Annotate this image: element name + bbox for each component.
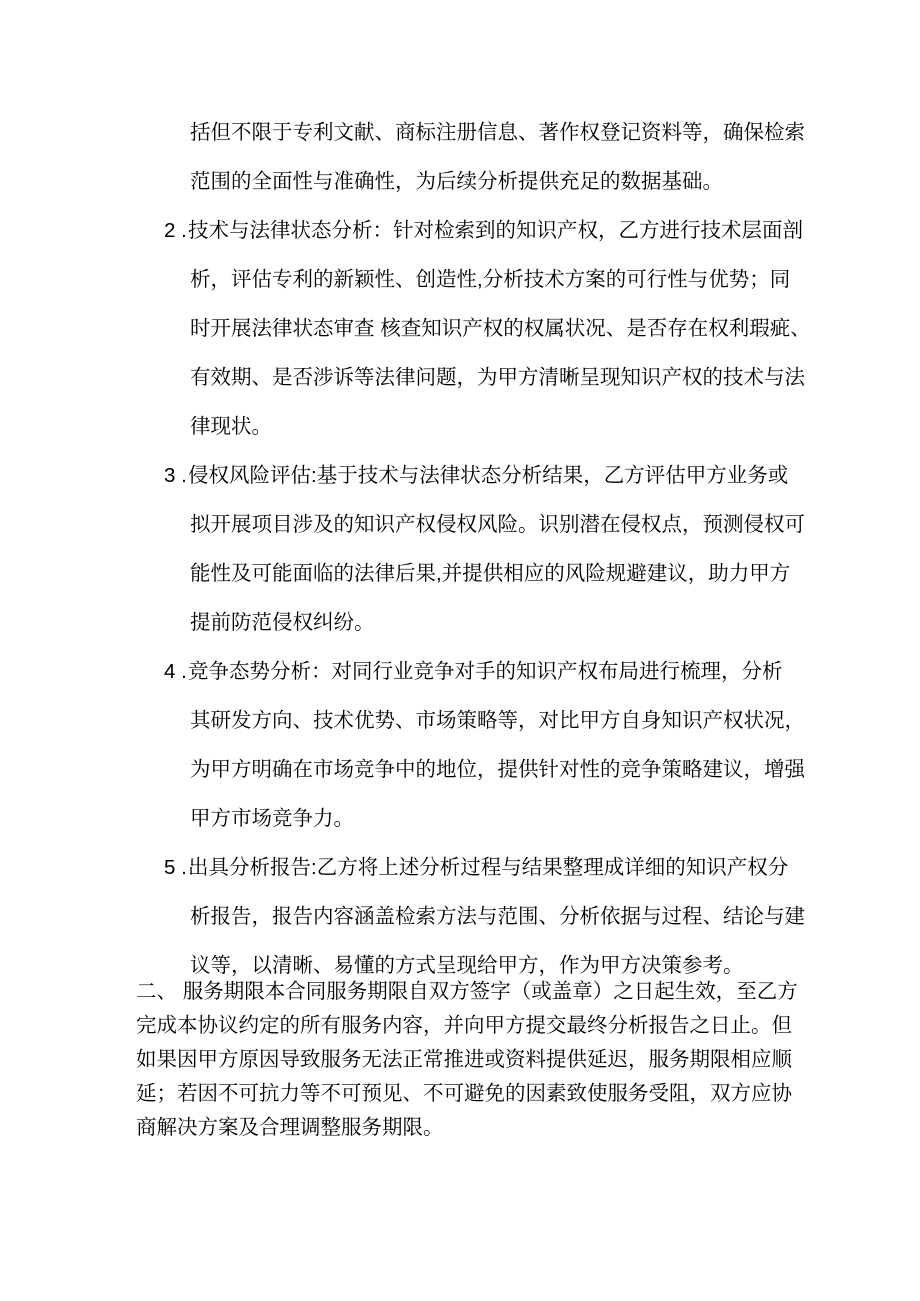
list-item-number: 2 . — [164, 206, 188, 255]
list-item: 2 .技术与法律状态分析：针对检索到的知识产权，乙方进行技术层面剖析，评估专利的… — [0, 206, 920, 451]
text-line: 4 .竞争态势分析：对同行业竞争对手的知识产权布局进行梳理，分析 — [0, 647, 920, 696]
text-line: 2 .技术与法律状态分析：针对检索到的知识产权，乙方进行技术层面剖 — [0, 206, 920, 255]
text-line: 提前防范侵权纠纷。 — [0, 598, 920, 647]
list-item: 5 .出具分析报告:乙方将上述分析过程与结果整理成详细的知识产权分析报告，报告内… — [0, 843, 920, 990]
list-item: 3 .侵权风险评估:基于技术与法律状态分析结果，乙方评估甲方业务或拟开展项目涉及… — [0, 451, 920, 647]
text-line: 拟开展项目涉及的知识产权侵权风险。识别潜在侵权点，预测侵权可 — [0, 500, 920, 549]
text-line: 商解决方案及合理调整服务期限。 — [0, 1111, 920, 1145]
text-line: 其研发方向、技术优势、市场策略等，对比甲方自身知识产权状况， — [0, 696, 920, 745]
list-item: 括但不限于专利文献、商标注册信息、著作权登记资料等，确保检索范围的全面性与准确性… — [0, 108, 920, 206]
text-line: 能性及可能面临的法律后果,并提供相应的风险规避建议，助力甲方 — [0, 549, 920, 598]
text-line: 二、 服务期限本合同服务期限自双方签字（或盖章）之日起生效，至乙方 — [0, 975, 920, 1009]
contract-document-page: 括但不限于专利文献、商标注册信息、著作权登记资料等，确保检索范围的全面性与准确性… — [0, 0, 920, 1301]
list-item-text: 竞争态势分析：对同行业竞争对手的知识产权布局进行梳理，分析 — [188, 660, 783, 683]
text-line: 3 .侵权风险评估:基于技术与法律状态分析结果，乙方评估甲方业务或 — [0, 451, 920, 500]
service-term-paragraph: 二、 服务期限本合同服务期限自双方签字（或盖章）之日起生效，至乙方完成本协议约定… — [0, 975, 920, 1145]
text-line: 律现状。 — [0, 402, 920, 451]
text-line: 析报告，报告内容涵盖检索方法与范围、分析依据与过程、结论与建 — [0, 892, 920, 941]
list-item-text: 出具分析报告:乙方将上述分析过程与结果整理成详细的知识产权分 — [188, 856, 788, 879]
text-line: 时开展法律状态审查 核查知识产权的权属状况、是否存在权利瑕疵、 — [0, 304, 920, 353]
text-line: 析，评估专利的新颖性、创造性,分析技术方案的可行性与优势；同 — [0, 255, 920, 304]
list-item: 4 .竞争态势分析：对同行业竞争对手的知识产权布局进行梳理，分析其研发方向、技术… — [0, 647, 920, 843]
service-scope-list: 括但不限于专利文献、商标注册信息、著作权登记资料等，确保检索范围的全面性与准确性… — [0, 108, 920, 990]
list-item-number: 5 . — [164, 843, 188, 892]
list-item-text: 侵权风险评估:基于技术与法律状态分析结果，乙方评估甲方业务或 — [188, 464, 788, 487]
text-line: 延；若因不可抗力等不可预见、不可避免的因素致使服务受阻，双方应协 — [0, 1077, 920, 1111]
text-line: 为甲方明确在市场竞争中的地位，提供针对性的竞争策略建议，增强 — [0, 745, 920, 794]
text-line: 范围的全面性与准确性，为后续分析提供充足的数据基础。 — [0, 157, 920, 206]
text-line: 有效期、是否涉诉等法律问题，为甲方清晰呈现知识产权的技术与法 — [0, 353, 920, 402]
text-line: 甲方市场竞争力。 — [0, 794, 920, 843]
text-line: 括但不限于专利文献、商标注册信息、著作权登记资料等，确保检索 — [0, 108, 920, 157]
list-item-number: 4 . — [164, 647, 188, 696]
text-line: 如果因甲方原因导致服务无法正常推进或资料提供延迟，服务期限相应顺 — [0, 1043, 920, 1077]
text-line: 完成本协议约定的所有服务内容，并向甲方提交最终分析报告之日止。但 — [0, 1009, 920, 1043]
list-item-text: 技术与法律状态分析：针对检索到的知识产权，乙方进行技术层面剖 — [188, 219, 803, 242]
list-item-number: 3 . — [164, 451, 188, 500]
text-line: 5 .出具分析报告:乙方将上述分析过程与结果整理成详细的知识产权分 — [0, 843, 920, 892]
